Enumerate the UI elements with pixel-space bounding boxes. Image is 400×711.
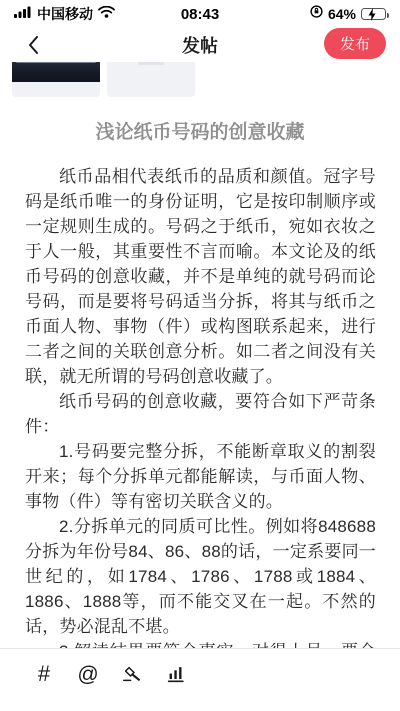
nav-bar: 发帖 发布: [0, 28, 400, 62]
hashtag-topic-button[interactable]: #: [33, 661, 55, 687]
paragraph: 纸币号码的创意收藏，要符合如下严苛条件：: [25, 389, 376, 439]
post-title-input[interactable]: 浅论纸币号码的创意收藏: [24, 116, 376, 150]
battery-percent-label: 64%: [328, 6, 356, 22]
paragraph: 2.分拆单元的同质可比性。例如将848688分拆为年份号84、86、88的话，一…: [25, 514, 376, 639]
paragraph: 3.解读结果要符合事实、对得上号，要合乎: [25, 639, 376, 648]
mention-icon: @: [77, 664, 98, 685]
photo-thumbnail-1[interactable]: [12, 58, 100, 97]
gavel-icon: [121, 663, 143, 685]
post-editor-screen: 中国移动 08:43 64%: [0, 0, 400, 711]
hashtag-icon: #: [38, 663, 50, 685]
mention-button[interactable]: @: [77, 661, 99, 687]
post-body-editor[interactable]: 纸币品相代表纸币的品质和颜值。冠字号码是纸币唯一的身份证明，它是按印制顺序或一定…: [25, 164, 376, 648]
paragraph: 1.号码要完整分拆，不能断章取义的割裂开来；每个分拆单元都能解读，与币面人物、事…: [25, 439, 376, 514]
poll-button[interactable]: [165, 661, 187, 687]
battery-charging-icon: [361, 8, 386, 20]
poll-icon: [165, 663, 187, 685]
orientation-lock-icon: [310, 5, 323, 23]
attachment-thumbnails: [12, 58, 195, 97]
editor-toolbar: # @: [0, 648, 400, 711]
paragraph: 纸币品相代表纸币的品质和颜值。冠字号码是纸币唯一的身份证明，它是按印制顺序或一定…: [25, 164, 376, 389]
publish-button[interactable]: 发布: [324, 28, 386, 59]
status-bar: 中国移动 08:43 64%: [0, 0, 400, 28]
photo-thumbnail-2[interactable]: [107, 58, 195, 97]
auction-button[interactable]: [121, 661, 143, 687]
